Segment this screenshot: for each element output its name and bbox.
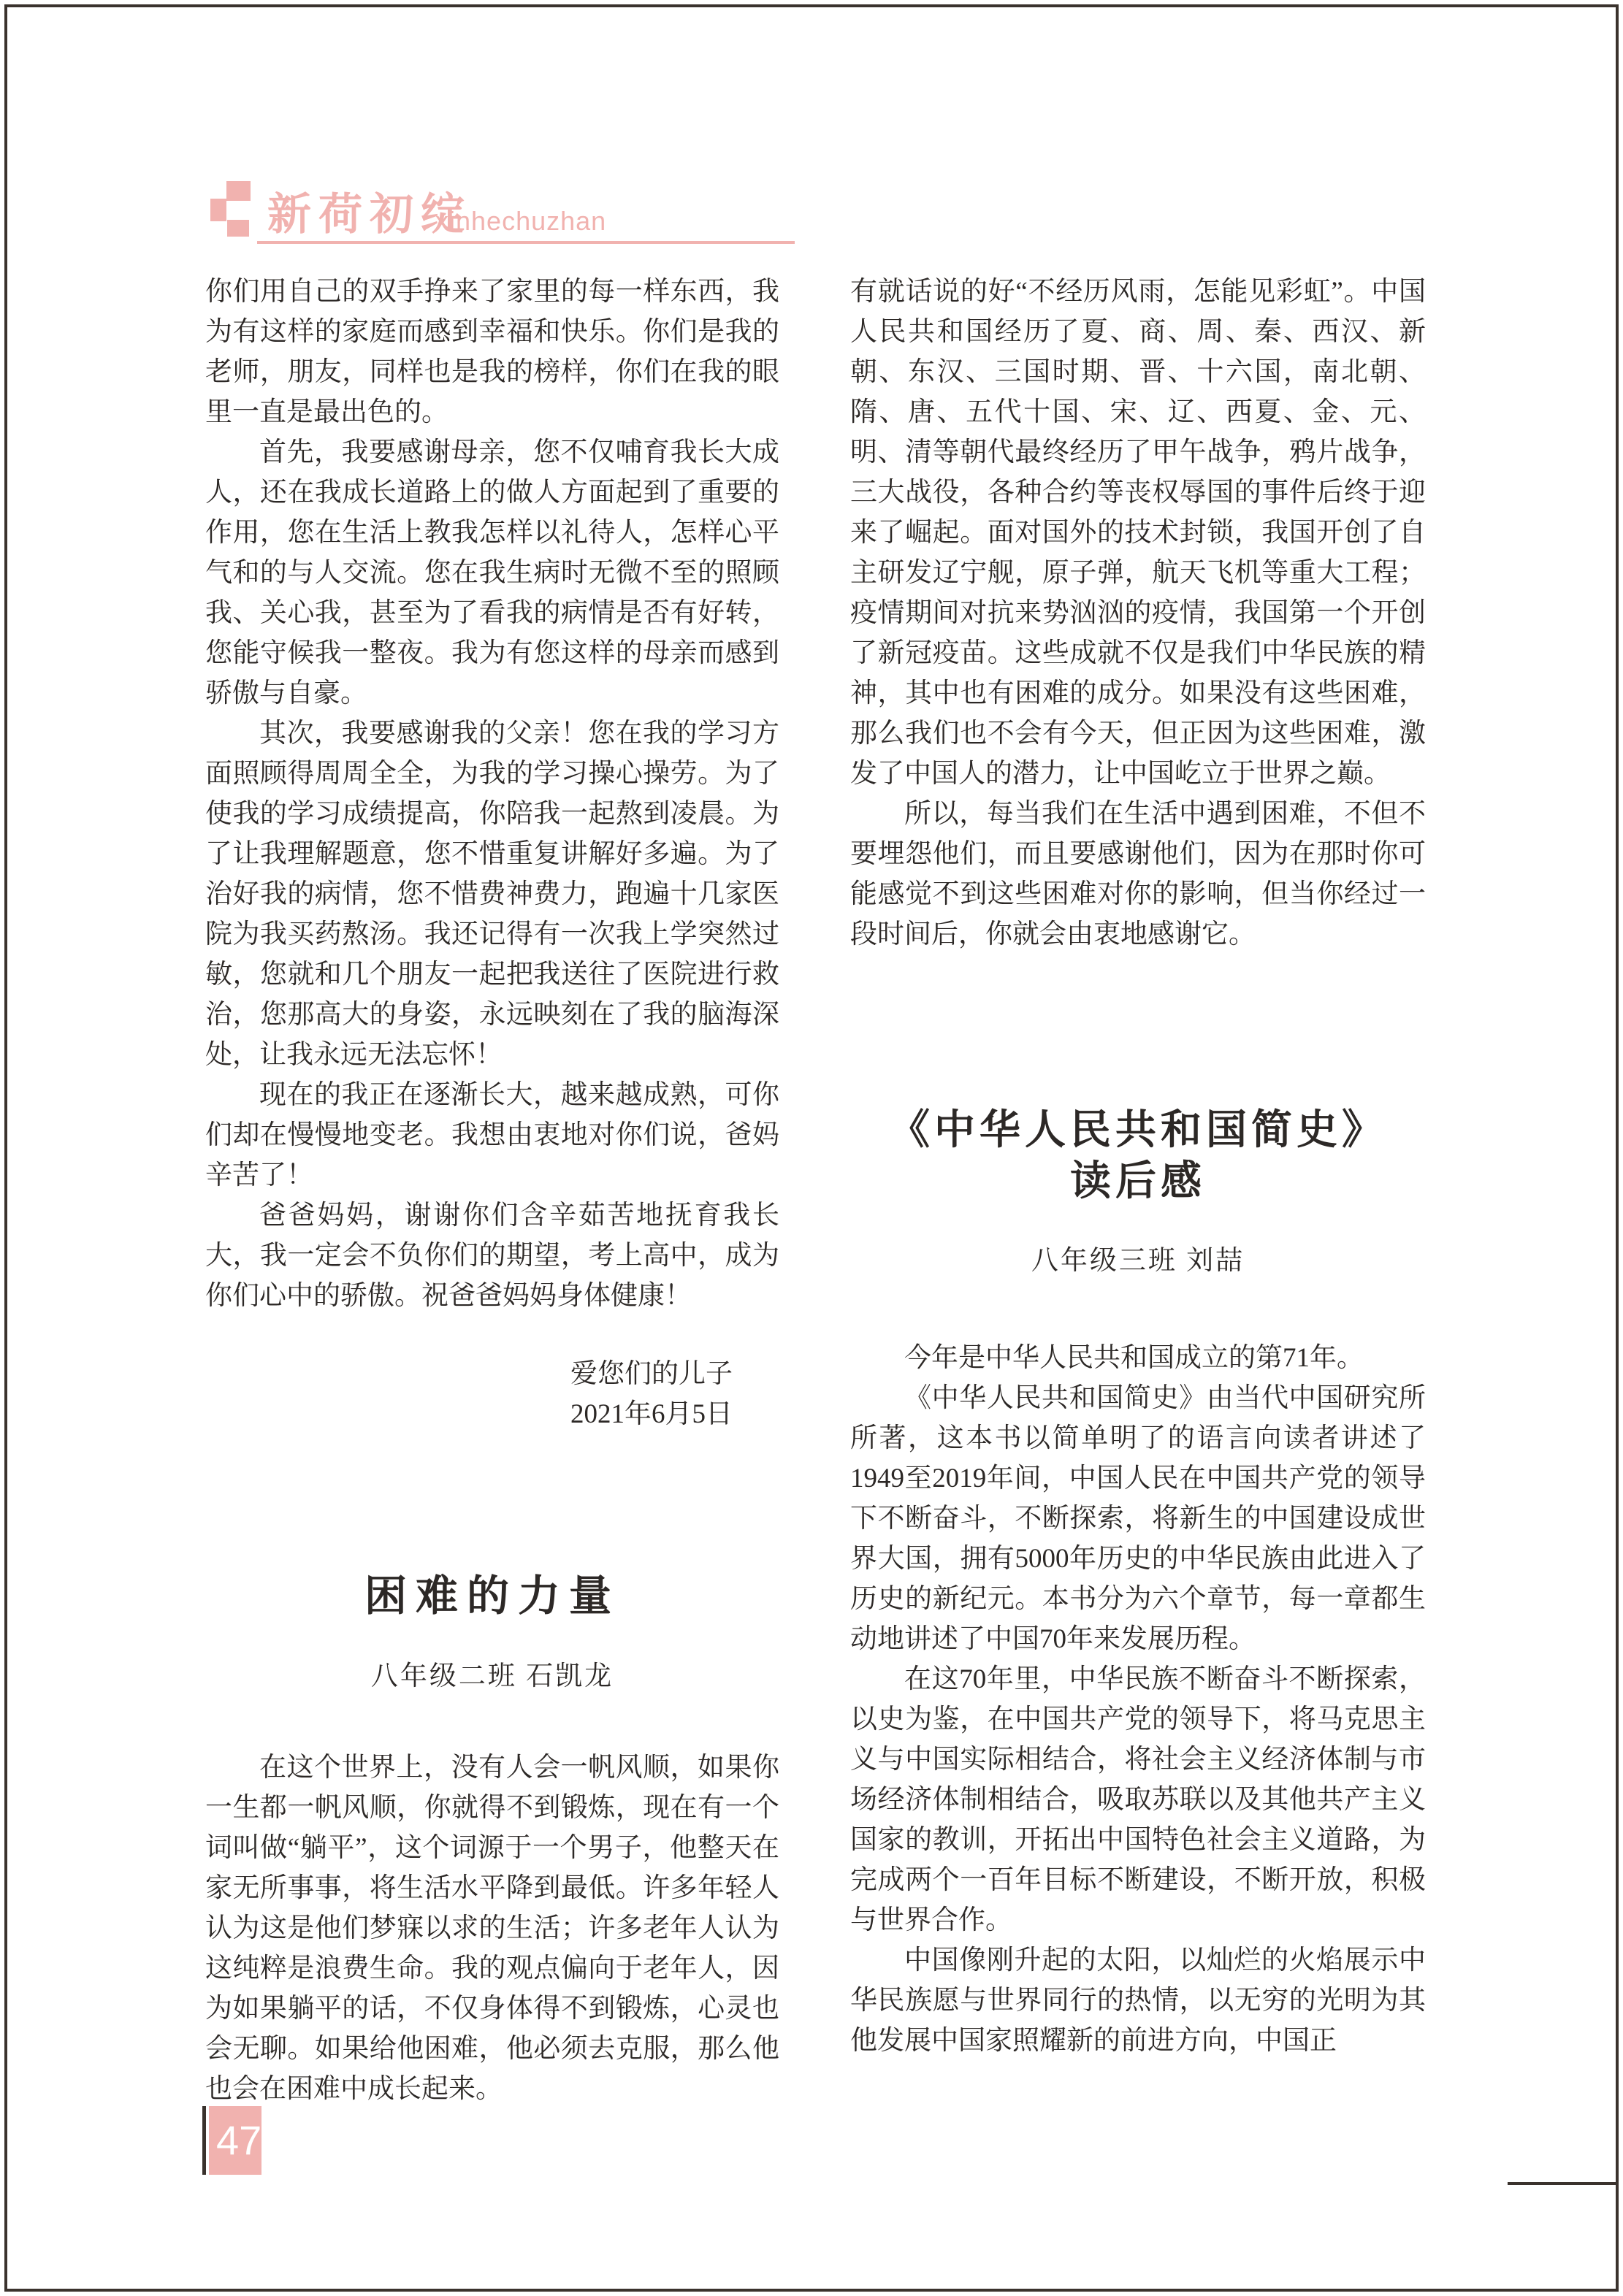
- letter-signature-block: 爱您们的儿子 2021年6月5日: [205, 1354, 779, 1434]
- essay-paragraph: 有就话说的好“不经历风雨，怎能见彩虹”。中国人民共和国经历了夏、商、周、秦、西汉…: [850, 272, 1426, 794]
- essay-paragraph: 所以，每当我们在生活中遇到困难，不但不要埋怨他们，而且要感谢他们，因为在那时你可…: [850, 794, 1426, 954]
- essay-paragraph: 今年是中华人民共和国成立的第71年。: [850, 1338, 1426, 1378]
- essay-history-header: 《中华人民共和国简史》 读后感 八年级三班 刘喆: [850, 1105, 1426, 1281]
- logo-square-middle: [210, 199, 226, 221]
- essay-difficulty-title: 困难的力量: [205, 1570, 779, 1623]
- page-number-rule: [202, 2106, 206, 2175]
- essay-history-body: 今年是中华人民共和国成立的第71年。 《中华人民共和国简史》由当代中国研究所所著…: [850, 1338, 1426, 2061]
- essay-paragraph: 在这70年里，中华民族不断奋斗不断探索，以史为鉴，在中国共产党的领导下，将马克思…: [850, 1659, 1426, 1940]
- page-number-badge: 47: [209, 2106, 261, 2175]
- logo-square-top: [226, 181, 251, 201]
- letter-signature: 爱您们的儿子: [205, 1354, 733, 1394]
- essay-history-author: 八年级三班 刘喆: [850, 1241, 1426, 1281]
- right-edge-crop-mark: [1508, 2182, 1616, 2185]
- essay-paragraph: 《中华人民共和国简史》由当代中国研究所所著，这本书以简单明了的语言向读者讲述了1…: [850, 1378, 1426, 1659]
- letter-paragraph: 爸爸妈妈，谢谢你们含辛茹苦地抚育我长大，我一定会不负你们的期望，考上高中，成为你…: [205, 1195, 779, 1316]
- logo-square-bottom: [227, 220, 249, 237]
- letter-date: 2021年6月5日: [205, 1394, 733, 1434]
- essay-difficulty-body: 在这个世界上，没有人会一帆风顺，如果你一生都一帆风顺，你就得不到锻炼，现在有一个…: [205, 1748, 779, 2109]
- right-column: 有就话说的好“不经历风雨，怎能见彩虹”。中国人民共和国经历了夏、商、周、秦、西汉…: [850, 272, 1426, 2061]
- header-underline: [257, 241, 795, 244]
- letter-paragraph: 首先，我要感谢母亲，您不仅哺育我长大成人，还在我成长道路上的做人方面起到了重要的…: [205, 432, 779, 713]
- essay-history-title-line2: 读后感: [850, 1156, 1426, 1207]
- essay-paragraph: 中国像刚升起的太阳，以灿烂的火焰展示中华民族愿与世界同行的热情，以无穷的光明为其…: [850, 1940, 1426, 2061]
- letter-paragraph: 其次，我要感谢我的父亲！您在我的学习方面照顾得周周全全，为我的学习操心操劳。为了…: [205, 713, 779, 1075]
- essay-difficulty-header: 困难的力量 八年级二班 石凯龙: [205, 1570, 779, 1696]
- letter-paragraph: 你们用自己的双手挣来了家里的每一样东西，我为有这样的家庭而感到幸福和快乐。你们是…: [205, 272, 779, 432]
- essay-paragraph: 在这个世界上，没有人会一帆风顺，如果你一生都一帆风顺，你就得不到锻炼，现在有一个…: [205, 1748, 779, 2109]
- essay-history-title-line1: 《中华人民共和国简史》: [850, 1105, 1426, 1156]
- left-column: 你们用自己的双手挣来了家里的每一样东西，我为有这样的家庭而感到幸福和快乐。你们是…: [205, 272, 779, 2109]
- letter-paragraph: 现在的我正在逐渐长大，越来越成熟，可你们却在慢慢地变老。我想由衷地对你们说，爸妈…: [205, 1075, 779, 1195]
- magazine-page: { "brand": { "logo": "新荷初绽", "romanized"…: [0, 0, 1623, 2296]
- essay-difficulty-author: 八年级二班 石凯龙: [205, 1656, 779, 1696]
- magazine-title-romanized: xinhechuzhan: [435, 206, 606, 237]
- magazine-logo-squares-icon: [210, 181, 254, 237]
